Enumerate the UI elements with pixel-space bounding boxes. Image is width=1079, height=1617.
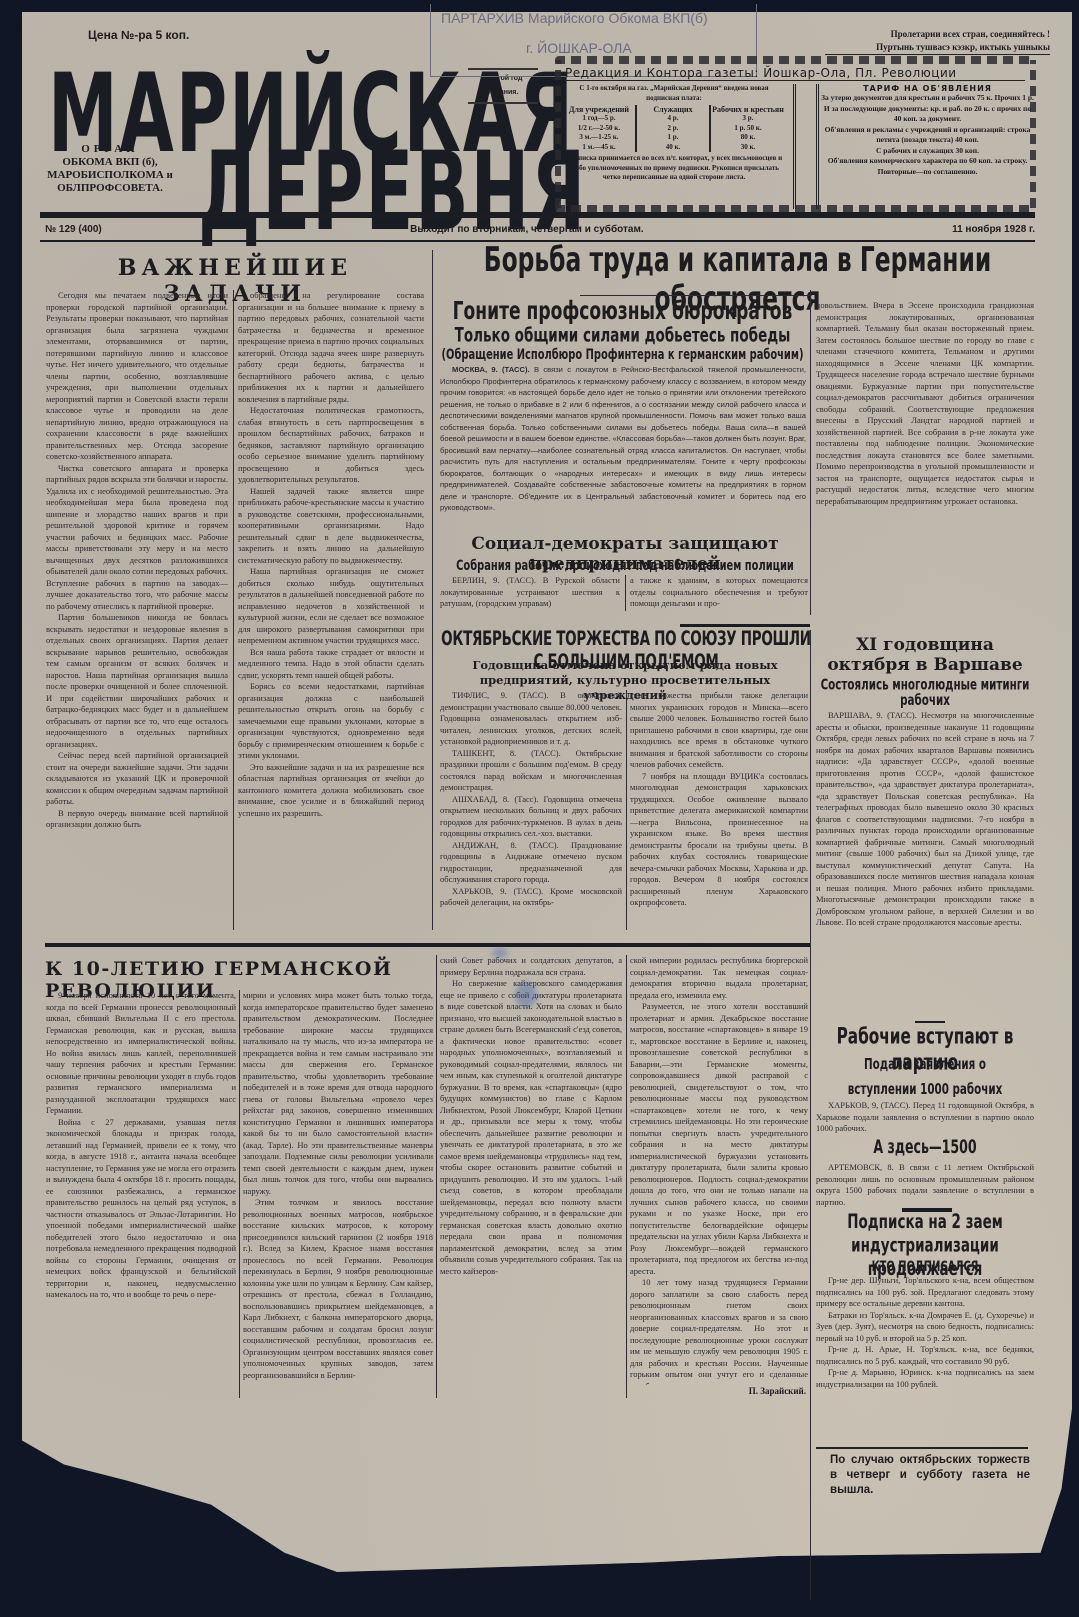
ad-tariff: ТАРИФ НА ОБ'ЯВЛЕНИЯ За утерю документов … <box>820 84 1035 177</box>
paragraph: АНДИЖАН, 8. (ТАСС). Празднование годовщи… <box>440 840 622 886</box>
paragraph: 9 ноября исполнилось 10 лет с того момен… <box>46 990 236 1117</box>
subscription-cell: 80 к. <box>711 133 785 143</box>
paragraph: АРТЕМОВСК, 8. В связи с 11 летием Октябр… <box>816 1162 1034 1208</box>
organ-line: ОБКОМА ВКП (б), <box>42 156 178 169</box>
article-tasks-col2: обращено на регулирование состава органи… <box>238 290 424 930</box>
article-socdem-col1: БЕРЛИН, 9. (ТАСС). В Рурской области лок… <box>440 575 620 611</box>
subscription-cell: 40 к. <box>637 143 709 153</box>
paragraph: мирии и условиях мира может быть только … <box>243 990 433 1197</box>
ink-stain <box>515 982 537 1008</box>
paragraph: 10 лет тому назад трудящиеся Германии до… <box>630 1277 808 1385</box>
subscription-cell: 1 год—5 р. <box>563 114 635 124</box>
column-divider <box>233 290 234 930</box>
paragraph: Сейчас перед всей партийной организацией… <box>46 750 228 808</box>
subhead-warsaw: Состоялись многолюдные митинги рабочих <box>816 676 1034 707</box>
paragraph: Гр-не д. Н. Арые, Н. Тор'яльск. к-на, вс… <box>816 1344 1034 1367</box>
subscription-cell: 1/2 г.—2-50 к. <box>563 124 635 134</box>
paragraph: Этим толчком и явилось восстание революц… <box>243 1197 433 1381</box>
publisher-organ: ОРГАН ОБКОМА ВКП (б), МАРОБИСПОЛКОМА и О… <box>42 143 178 195</box>
column-divider <box>432 250 433 930</box>
paragraph: а также к зданиям, в которых помещаются … <box>630 575 808 610</box>
article-warsaw: ВАРШАВА, 9. (ТАСС). Несмотря на многочис… <box>816 710 1034 1000</box>
paragraph: Борясь со всеми недостатками, партийная … <box>238 681 424 762</box>
subscription-col: Для учреждений 1 год—5 р. 1/2 г.—2-50 к.… <box>563 105 637 152</box>
decorative-rule <box>793 84 819 209</box>
paragraph: ские торжества прибыли также делегации м… <box>630 690 808 771</box>
paragraph: Недостаточная политическая грамотность, … <box>238 405 424 486</box>
paragraph: Наша партийная организация не сможет доб… <box>238 566 424 647</box>
ad-tariff-line: И за последующие документы: кр. и раб. п… <box>820 104 1035 125</box>
ad-tariff-line: С рабочих и служащих 30 коп. <box>820 146 1035 157</box>
subscription-cell: 4 р. <box>637 114 709 124</box>
headline-bureaucrats: Гоните профсоюзных бюрократов <box>440 297 805 326</box>
paragraph: ТИФЛИС, 9. (ТАСС). В октябрьской демонст… <box>440 690 622 748</box>
paragraph: В первую очередь внимание всей партийной… <box>46 808 228 831</box>
organ-title: ОРГАН <box>42 143 178 156</box>
slogan: Пролетарии всех стран, соединяйтесь ! Пу… <box>825 28 1050 55</box>
subhead-victory: Только общими силами добьетесь победы <box>440 323 805 346</box>
paragraph: ХАРЬКОВ, 9. (ТАСС). Кроме московской раб… <box>440 886 622 909</box>
column-divider <box>239 990 240 1398</box>
paragraph: довольствием. Вчера в Эссене происходила… <box>816 300 1034 507</box>
ornament-border <box>555 60 561 208</box>
article-socdem-col2: а также к зданиям, в которых помещаются … <box>630 575 808 611</box>
ornament-border <box>555 56 1035 64</box>
article-october-col1: ТИФЛИС, 9. (ТАСС). В октябрьской демонст… <box>440 690 622 930</box>
issue-date: 11 ноября 1928 г. <box>952 224 1035 235</box>
subhead-appeal: (Обращение Исполбюро Профинтерна к герма… <box>440 346 805 363</box>
subscription-header: Для учреждений <box>563 105 635 114</box>
organ-line: ОБЛПРОФСОВЕТА. <box>42 182 178 195</box>
year-note-line: издания. <box>468 86 538 100</box>
paragraph: ской империи родилась республика бюргерс… <box>630 955 808 1001</box>
column-divider <box>626 955 627 1398</box>
paragraph: ВАРШАВА, 9. (ТАСС). Несмотря на многочис… <box>816 710 1034 929</box>
ad-tariff-line: За утерю документов для крестьян и рабоч… <box>820 93 1035 104</box>
paragraph: Разумеется, не этого хотели восставший п… <box>630 1001 808 1277</box>
paragraph: Нашей задачей также является шире прибли… <box>238 486 424 567</box>
subscription-header: Рабочих и крестьян <box>711 105 785 114</box>
slogan-mari: Пуртынь тушвасэ кэзкр, иктыкь ушныкы <box>825 41 1050 55</box>
subscription-col: Рабочих и крестьян 3 р. 1 р. 50 к. 80 к.… <box>711 105 785 152</box>
paragraph: Это важнейшие задачи и на их разрешение … <box>238 762 424 820</box>
subscription-cell: 1 р. <box>637 133 709 143</box>
paragraph: ский Совет рабочих и солдатских депутато… <box>440 955 622 978</box>
article-tasks-col1: Сегодня мы печатаем подведенные итоги пр… <box>46 290 228 930</box>
paragraph: Батраки из Тор'яльск. к-на Домрачев Е. (… <box>816 1310 1034 1345</box>
subscription-cell: 1 м.—45 к. <box>563 143 635 153</box>
rule <box>816 1447 1028 1449</box>
column-divider <box>625 575 626 611</box>
article-october-col2: ские торжества прибыли также делегации м… <box>630 690 808 930</box>
article-revolution-col4: ской империи родилась республика бюргерс… <box>630 955 808 1385</box>
ink-stain <box>492 948 508 958</box>
paragraph: Гр-не дер. Шуньги, Тор'яльского к-на, вс… <box>816 1275 1034 1310</box>
ad-tariff-line: Об'явления и рекламы с учреждений и орга… <box>820 125 1035 146</box>
subscription-rates: С 1-го октября на газ. „Марийская Деревн… <box>563 84 785 183</box>
editorial-office-address: Редакция и Контора газеты: Йошкар-Ола, П… <box>565 66 1025 81</box>
paragraph: ТАШКЕНТ, 8. (ТАСС). Октябрьские праздник… <box>440 748 622 794</box>
notice-not-published: По случаю октябрьских торжеств в четверг… <box>830 1453 1030 1513</box>
masthead-title-line2: ДЕРЕВНЯ <box>198 128 587 255</box>
issue-number: № 129 (400) <box>45 224 102 235</box>
masthead-rule <box>40 212 1035 218</box>
subscription-cell: 3 м.—1-25 к. <box>563 133 635 143</box>
paragraph: БЕРЛИН, 9. (ТАСС). В Рурской области лок… <box>440 575 620 610</box>
column-divider <box>810 290 811 615</box>
slogan-russian: Пролетарии всех стран, соединяйтесь ! <box>825 28 1050 41</box>
paragraph: АШХАБАД, 8. (Тасс). Годовщина отмечена о… <box>440 794 622 840</box>
paragraph: Вся наша работа также страдает от вялост… <box>238 647 424 682</box>
paragraph: 7 ноября на площади ВУЦИК'а состоялась м… <box>630 771 808 909</box>
paragraph: Но свержение кайзеровского самодержавия … <box>440 978 622 1277</box>
subscription-cell: 1 р. 50 к. <box>711 124 785 134</box>
ad-tariff-line: Об'явления коммерческого характера по 60… <box>820 156 1035 177</box>
article-text: В связи с локаутом в Рейнско-Вестфальско… <box>440 365 806 512</box>
issue-info-bar: № 129 (400) Выходит по вторникам, четвер… <box>45 224 1035 235</box>
column-divider <box>436 955 437 1398</box>
subhead-socdem: Собрания рабочих происходят под наблюден… <box>440 557 810 574</box>
article-revolution-col3: ский Совет рабочих и солдатских депутато… <box>440 955 622 1398</box>
subscription-table: Для учреждений 1 год—5 р. 1/2 г.—2-50 к.… <box>563 105 785 152</box>
paragraph: Гр-не д. Марьино, Юринск. к-на подписали… <box>816 1367 1034 1390</box>
subscription-cell: 2 р. <box>637 124 709 134</box>
article-revolution-col1: 9 ноября исполнилось 10 лет с того момен… <box>46 990 236 1398</box>
paragraph: Чистка советского аппарата и проверка па… <box>46 463 228 613</box>
subscription-cell: 3 р. <box>711 114 785 124</box>
subscription-col: Служащих 4 р. 2 р. 1 р. 40 к. <box>637 105 711 152</box>
paragraph: обращено на регулирование состава органи… <box>238 290 424 405</box>
subhead-1500: А здесь—1500 <box>816 1138 1034 1159</box>
subscription-header: Служащих <box>637 105 709 114</box>
issue-schedule: Выходит по вторникам, четвергам и суббот… <box>410 224 643 235</box>
article-signature: П. Зарайский. <box>700 1386 806 1396</box>
paragraph: Война с 27 державами, узавшая петля экон… <box>46 1117 236 1301</box>
organ-line: МАРОБИСПОЛКОМА и <box>42 169 178 182</box>
ad-tariff-title: ТАРИФ НА ОБ'ЯВЛЕНИЯ <box>820 84 1035 93</box>
article-essen: довольствием. Вчера в Эссене происходила… <box>816 300 1034 615</box>
paragraph: ХАРЬКОВ, 9, (ТАСС). Перед 11 годовщиной … <box>816 1100 1034 1135</box>
article-revolution-col2: мирии и условиях мира может быть только … <box>243 990 433 1398</box>
issue-price: Цена №-ра 5 коп. <box>88 28 189 42</box>
subhead-loan: КТО ПОДПИСАЛСЯ <box>816 1258 1034 1275</box>
dateline: МОСКВА, 9. (ТАСС). <box>452 365 530 374</box>
subscription-intro: С 1-го октября на газ. „Марийская Деревн… <box>563 84 785 103</box>
headline-warsaw: XI годовщина октября в Варшаве <box>816 635 1034 675</box>
article-loan: Гр-не дер. Шуньги, Тор'яльского к-на, вс… <box>816 1275 1034 1445</box>
column-divider <box>810 630 811 1600</box>
article-artemovsk: АРТЕМОВСК, 8. В связи с 11 летием Октябр… <box>816 1162 1034 1210</box>
article-profintern: МОСКВА, 9. (ТАСС). В связи с локаутом в … <box>440 364 806 524</box>
column-divider <box>626 690 627 930</box>
subscription-cell: 30 к. <box>711 143 785 153</box>
paragraph: Сегодня мы печатаем подведенные итоги пр… <box>46 290 228 463</box>
stamp-line: г. ЙОШКАР-ОЛА <box>526 40 632 56</box>
section-rule <box>45 943 810 947</box>
stamp-line: ПАРТАРХИВ Марийского Обкома ВКП(б) <box>441 10 708 26</box>
paragraph: Партия большевиков никогда не боялась вс… <box>46 612 228 750</box>
subhead-join-party: Подали заявления о вступлении 1000 рабоч… <box>830 1052 1020 1101</box>
subscription-footer: Подписка принимается во всех п/т. контор… <box>563 154 785 183</box>
rule <box>915 1021 945 1023</box>
